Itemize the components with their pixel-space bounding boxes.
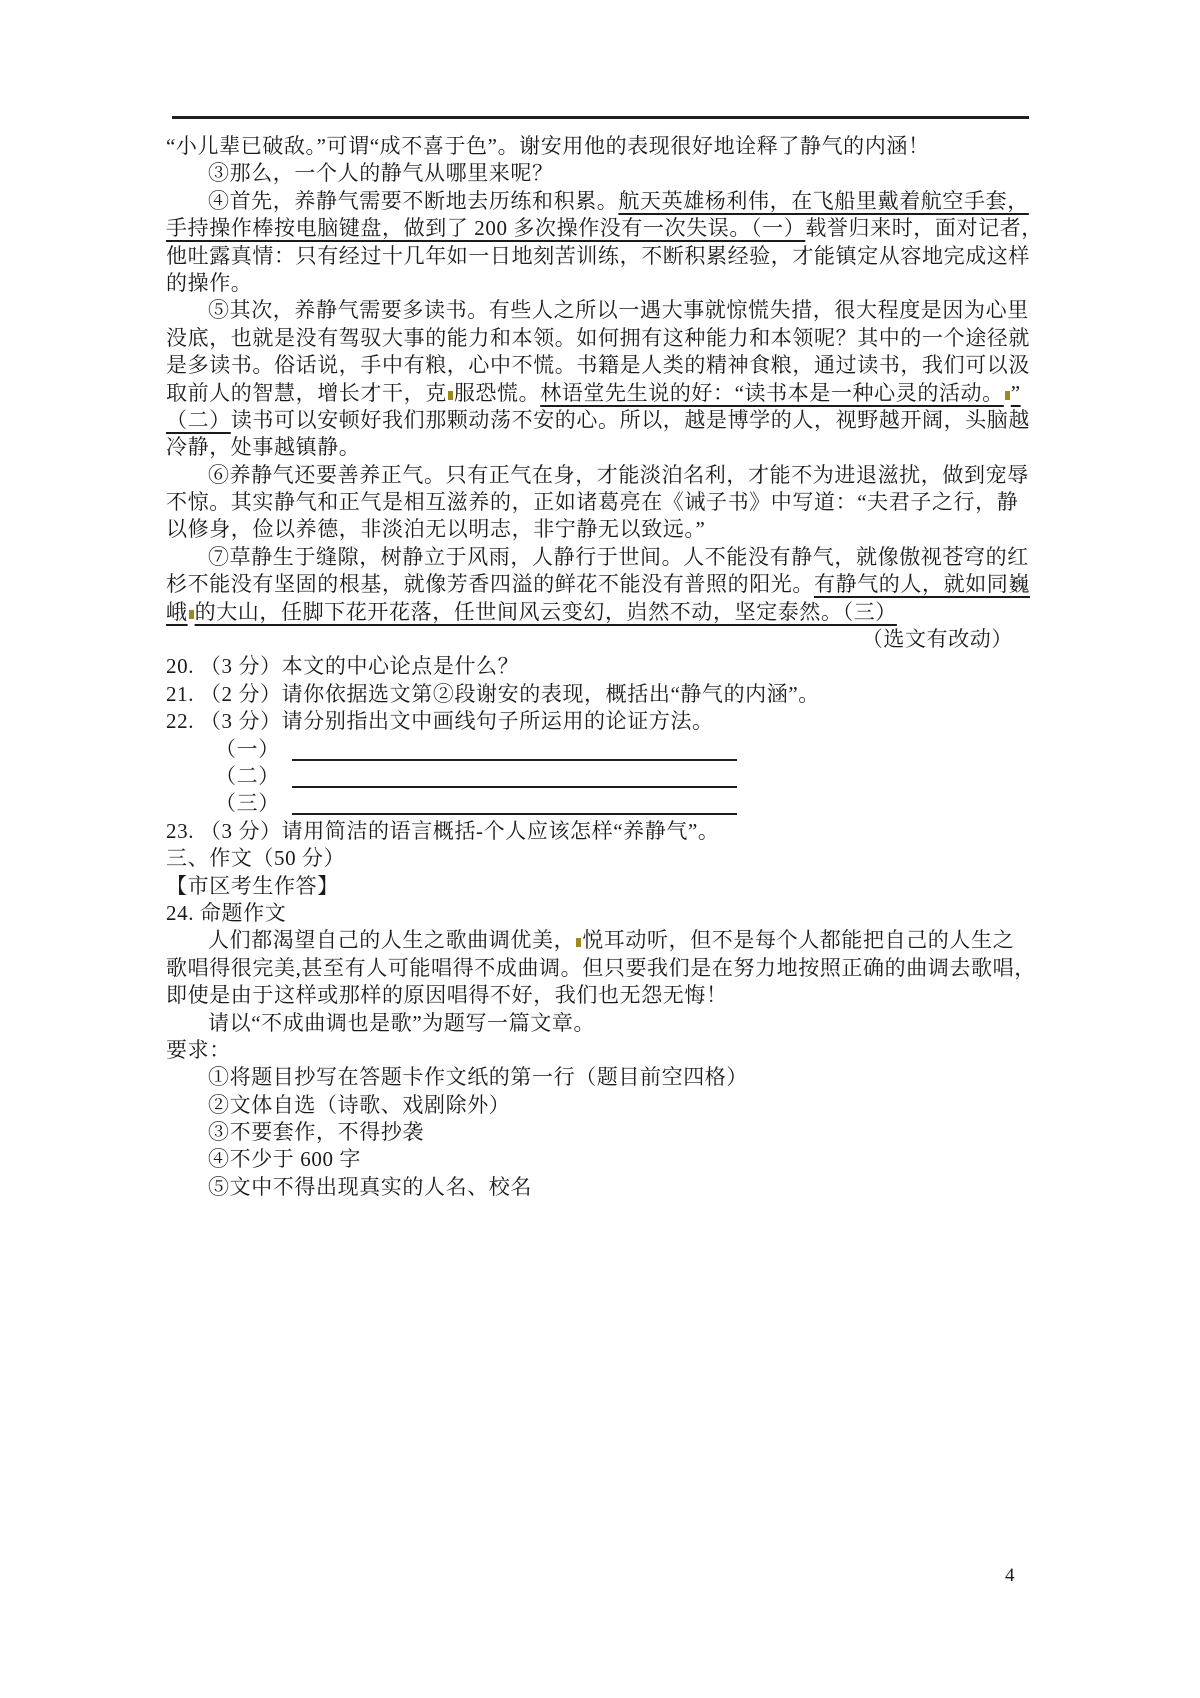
text-segment: 要求： [166, 1038, 231, 1062]
text-segment: ⑥养静气还要善养正气。只有正气在身，才能淡泊名利，才能不为进退滋扰，做到宠辱 [208, 463, 1029, 487]
text-segment: 的操作。 [166, 271, 252, 295]
text-segment: 没底，也就是没有驾驭大事的能力和本领。如何拥有这种能力和本领呢？其中的一个途径就 [166, 326, 1030, 350]
text-line: 歌唱得很完美,甚至有人可能唱得不成曲调。但只要我们是在努力地按照正确的曲调去歌唱… [166, 955, 1038, 982]
scan-artifact [189, 610, 194, 619]
text-line: 21. （2 分）请你依据选文第②段谢安的表现，概括出“静气的内涵”。 [166, 681, 1038, 708]
text-line: 20. （3 分）本文的中心论点是什么？ [166, 653, 1038, 680]
underlined-text-segment: 的大山，任脚下花开花落，任世间风云变幻，岿然不动，坚定泰然。（三） [195, 600, 897, 624]
text-line: 23. （3 分）请用简洁的语言概括-个人应该怎样“养静气”。 [166, 818, 1038, 845]
text-segment: “小儿辈已破敌。”可谓“成不喜于色”。谢安用他的表现很好地诠释了静气的内涵！ [166, 134, 930, 158]
text-segment: 20. （3 分）本文的中心论点是什么？ [166, 654, 519, 678]
text-line: （一） [166, 736, 1038, 763]
answer-blank-line [292, 784, 737, 788]
text-segment: ④不少于 600 字 [208, 1147, 361, 1171]
text-line: （二）读书可以安顿好我们那颗动荡不安的心。所以，越是博学的人，视野越开阔，头脑越 [166, 407, 1038, 434]
text-segment: 服恐慌。 [454, 381, 540, 405]
text-line: ③不要套作，不得抄袭 [166, 1119, 1038, 1146]
text-line: 要求： [166, 1037, 1038, 1064]
text-segment: 悦耳动听，但不是每个人都能把自己的人生之 [582, 928, 1014, 952]
underlined-text-segment: ” [1011, 381, 1021, 405]
text-line: 手持操作棒按电脑键盘，做到了 200 多次操作没有一次失误。（一）载誉归来时，面… [166, 215, 1038, 242]
text-segment: 请以“不成曲调也是歌”为题写一篇文章。 [208, 1011, 595, 1035]
text-segment: ③那么，一个人的静气从哪里来呢？ [208, 161, 554, 185]
text-segment: 23. （3 分）请用简洁的语言概括-个人应该怎样“养静气”。 [166, 819, 719, 843]
scan-artifact [1005, 391, 1010, 400]
text-line: 三、作文（50 分） [166, 845, 1038, 872]
text-line: 是多读书。俗话说，手中有粮，心中不慌。书籍是人类的精神食粮，通过读书，我们可以汲 [166, 352, 1038, 379]
text-line: ④首先，养静气需要不断地去历练和积累。航天英雄杨利伟，在飞船里戴着航空手套， [166, 188, 1038, 215]
underlined-text-segment: 手持操作棒按电脑键盘，做到了 200 多次操作没有一次失误。（一） [166, 216, 805, 240]
text-segment: 以修身，俭以养德，非淡泊无以明志，非宁静无以致远。” [166, 517, 705, 541]
text-segment: ②文体自选（诗歌、戏剧除外） [208, 1093, 510, 1117]
text-line: 不惊。其实静气和正气是相互滋养的，正如诸葛亮在《诫子书》中写道：“夫君子之行，静 [166, 489, 1038, 516]
text-segment: 21. （2 分）请你依据选文第②段谢安的表现，概括出“静气的内涵”。 [166, 682, 820, 706]
underlined-text-segment: 有静气的人，就如同巍 [814, 572, 1030, 596]
text-line: ①将题目抄写在答题卡作文纸的第一行（题目前空四格） [166, 1064, 1038, 1091]
scan-artifact [576, 938, 581, 947]
text-line: 即使是由于这样或那样的原因唱得不好，我们也无怨无悔！ [166, 982, 1038, 1009]
text-line: ⑤其次，养静气需要多读书。有些人之所以一遇大事就惊慌失措，很大程度是因为心里 [166, 297, 1038, 324]
blank-label: （三） [215, 791, 280, 815]
text-segment: 他吐露真情：只有经过十几年如一日地刻苦训练，不断积累经验，才能镇定从容地完成这样 [166, 244, 1030, 268]
document-text: “小儿辈已破敌。”可谓“成不喜于色”。谢安用他的表现很好地诠释了静气的内涵！③那… [166, 133, 1038, 1201]
text-line: ③那么，一个人的静气从哪里来呢？ [166, 160, 1038, 187]
text-line: “小儿辈已破敌。”可谓“成不喜于色”。谢安用他的表现很好地诠释了静气的内涵！ [166, 133, 1038, 160]
text-segment: ④首先，养静气需要不断地去历练和积累。 [208, 189, 618, 213]
text-line: 请以“不成曲调也是歌”为题写一篇文章。 [166, 1010, 1038, 1037]
text-line: ⑦草静生于缝隙，树静立于风雨，人静行于世间。人不能没有静气，就像傲视苍穹的红 [166, 544, 1038, 571]
text-segment: 即使是由于这样或那样的原因唱得不好，我们也无怨无悔！ [166, 983, 728, 1007]
text-segment: ③不要套作，不得抄袭 [208, 1120, 424, 1144]
answer-blank-line [292, 811, 737, 815]
text-line: 24. 命题作文 [166, 900, 1038, 927]
text-segment: 取前人的智慧，增长才干，克 [166, 381, 447, 405]
text-line: 以修身，俭以养德，非淡泊无以明志，非宁静无以致远。” [166, 516, 1038, 543]
text-line: ②文体自选（诗歌、戏剧除外） [166, 1092, 1038, 1119]
text-segment: 冷静，处事越镇静。 [166, 435, 360, 459]
blank-label: （二） [215, 764, 280, 788]
page-number: 4 [1005, 1565, 1015, 1587]
answer-blank-line [292, 757, 737, 761]
underlined-text-segment: 林语堂先生说的好：“读书本是一种心灵的活动。 [540, 381, 1004, 405]
text-line: 冷静，处事越镇静。 [166, 434, 1038, 461]
document-page: “小儿辈已破敌。”可谓“成不喜于色”。谢安用他的表现很好地诠释了静气的内涵！③那… [0, 0, 1200, 1698]
scan-artifact [448, 391, 453, 400]
text-line: 的操作。 [166, 270, 1038, 297]
underlined-text-segment: 峨 [166, 600, 188, 624]
text-line: 没底，也就是没有驾驭大事的能力和本领。如何拥有这种能力和本领呢？其中的一个途径就 [166, 325, 1038, 352]
text-line: 他吐露真情：只有经过十几年如一日地刻苦训练，不断积累经验，才能镇定从容地完成这样 [166, 243, 1038, 270]
text-segment: 三、作文（50 分） [166, 846, 345, 870]
underlined-text-segment: （二） [166, 408, 231, 432]
text-segment: 是多读书。俗话说，手中有粮，心中不慌。书籍是人类的精神食粮，通过读书，我们可以汲 [166, 353, 1030, 377]
text-segment: 载誉归来时，面对记者， [805, 216, 1043, 240]
text-line: ⑤文中不得出现真实的人名、校名 [166, 1174, 1038, 1201]
text-line: ⑥养静气还要善养正气。只有正气在身，才能淡泊名利，才能不为进退滋扰，做到宠辱 [166, 462, 1038, 489]
text-segment: 不惊。其实静气和正气是相互滋养的，正如诸葛亮在《诫子书》中写道：“夫君子之行，静 [166, 490, 1018, 514]
text-line: 峨的大山，任脚下花开花落，任世间风云变幻，岿然不动，坚定泰然。（三） [166, 599, 1038, 626]
text-segment: 人们都渴望自己的人生之歌曲调优美， [208, 928, 575, 952]
text-line: 【市区考生作答】 [166, 873, 1038, 900]
text-line: （选文有改动） [166, 626, 1038, 653]
text-segment: （选文有改动） [862, 627, 1013, 651]
text-segment: ⑤文中不得出现真实的人名、校名 [208, 1175, 532, 1199]
text-line: 人们都渴望自己的人生之歌曲调优美，悦耳动听，但不是每个人都能把自己的人生之 [166, 927, 1038, 954]
blank-label: （一） [215, 737, 280, 761]
text-segment: 歌唱得很完美,甚至有人可能唱得不成曲调。但只要我们是在努力地按照正确的曲调去歌唱… [166, 956, 1036, 980]
underlined-text-segment: 航天英雄杨利伟，在飞船里戴着航空手套， [618, 189, 1028, 213]
text-segment: ⑦草静生于缝隙，树静立于风雨，人静行于世间。人不能没有静气，就像傲视苍穹的红 [208, 545, 1029, 569]
text-line: 22. （3 分）请分别指出文中画线句子所运用的论证方法。 [166, 708, 1038, 735]
text-line: 取前人的智慧，增长才干，克服恐慌。林语堂先生说的好：“读书本是一种心灵的活动。” [166, 380, 1038, 407]
text-line: （三） [166, 790, 1038, 817]
text-segment: 24. 命题作文 [166, 901, 286, 925]
text-segment: 22. （3 分）请分别指出文中画线句子所运用的论证方法。 [166, 709, 714, 733]
text-segment: ①将题目抄写在答题卡作文纸的第一行（题目前空四格） [208, 1065, 748, 1089]
text-segment: 读书可以安顿好我们那颗动荡不安的心。所以，越是博学的人，视野越开阔，头脑越 [231, 408, 1030, 432]
text-line: 杉不能没有坚固的根基，就像芳香四溢的鲜花不能没有普照的阳光。有静气的人，就如同巍 [166, 571, 1038, 598]
text-line: ④不少于 600 字 [166, 1146, 1038, 1173]
header-rule [172, 116, 1029, 119]
text-segment: 杉不能没有坚固的根基，就像芳香四溢的鲜花不能没有普照的阳光。 [166, 572, 814, 596]
text-line: （二） [166, 763, 1038, 790]
text-segment: 【市区考生作答】 [166, 874, 339, 898]
text-segment: ⑤其次，养静气需要多读书。有些人之所以一遇大事就惊慌失措，很大程度是因为心里 [208, 298, 1029, 322]
